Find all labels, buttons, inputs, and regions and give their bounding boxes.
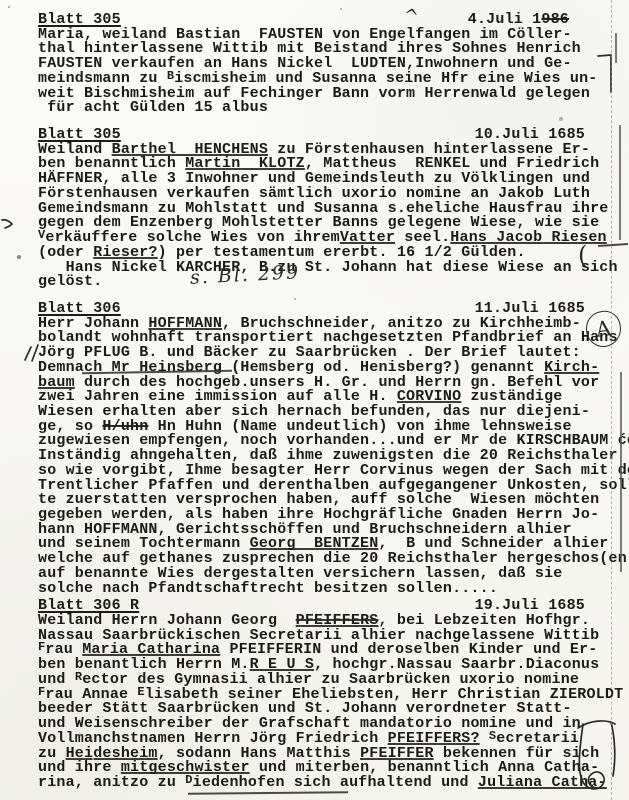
text-line: rina, anitzo zu Diedenhofen sich aufhalt… (38, 776, 629, 791)
register-entry-blatt-306r: Blatt 306 R 19.Juli 1685 Weiland Herrn J… (38, 599, 629, 790)
text-segment: solche nach Pfandtschaftrecht besitzen s… (38, 580, 498, 597)
blatt-number: Blatt 306 R (38, 597, 139, 614)
text-segment: rina, anitzo zu (38, 774, 185, 791)
text-segment: F (38, 685, 45, 699)
handwritten-paren-mark: ( (578, 248, 588, 263)
entry-text: Herr Johann HOFFMANN, Bruchschneider, an… (38, 317, 629, 597)
blatt-number: Blatt 305 (38, 11, 121, 28)
entry-text: Weiland Herrn Johann Georg PFEIFFERS, be… (38, 614, 629, 791)
entry-date: 19.Juli 1685 (475, 599, 585, 614)
entry-header: Blatt 305 4.Juli 1986 (38, 13, 629, 28)
entry-header: Blatt 306 11.Juli 1685 (38, 302, 629, 317)
entry-date: 4.Juli 1986 (468, 13, 569, 28)
handwritten-caret-mark: ^ (402, 9, 420, 27)
text-line: gelöst. (38, 275, 629, 290)
text-line: Hans Nickel KARCHER, B.zu St. Johann hat… (38, 261, 629, 276)
text-segment: 11.Juli 1685 (475, 300, 585, 317)
text-segment: 10.Juli 1685 (475, 126, 585, 143)
entry-text: Weiland Barthel HENCHENS zu Förstenhause… (38, 143, 629, 290)
text-segment: D (185, 773, 192, 787)
text-line: für acht Gülden 15 albus (38, 101, 629, 116)
handwritten-arrow-mark (1, 216, 15, 230)
text-segment: F (38, 640, 45, 654)
margin-stroke (619, 125, 621, 240)
margin-stroke (615, 33, 617, 63)
text-segment: Hans Nickel KARCHER, B.zu St. Johann hat… (38, 259, 618, 276)
text-segment: V (38, 228, 45, 242)
handwritten-margin-note: s. Bl. 299 (190, 265, 301, 285)
entry-text: Maria, weiland Bastian FAUSTEN von Engel… (38, 28, 629, 116)
text-segment: E (137, 685, 144, 699)
text-segment: gelöst. (38, 273, 102, 290)
entry-date: 10.Juli 1685 (475, 128, 585, 143)
text-segment: 4.Juli 1 (468, 11, 542, 28)
circled-letter-text: A (595, 321, 612, 338)
text-segment: R (75, 670, 82, 684)
entry-header: Blatt 305 10.Juli 1685 (38, 128, 629, 143)
text-segment: S (489, 729, 496, 743)
register-entry-blatt-305-b: Blatt 305 10.Juli 1685 Weiland Barthel H… (38, 128, 629, 290)
pencil-underline-bottom (188, 791, 348, 794)
blatt-number: Blatt 305 (38, 126, 121, 143)
register-entry-blatt-306: Blatt 306 11.Juli 1685 Herr Johann HOFFM… (38, 302, 629, 596)
handwritten-loop-mark (570, 716, 625, 798)
text-line: solche nach Pfandtschaftrecht besitzen s… (38, 582, 629, 597)
text-segment: iedenhofen sich aufhaltend und (193, 774, 478, 791)
entry-date: 11.Juli 1685 (475, 302, 585, 317)
blatt-number: Blatt 306 (38, 300, 121, 317)
text-segment: für acht Gülden 15 albus (38, 99, 268, 116)
margin-stroke (620, 372, 622, 572)
entry-header: Blatt 306 R 19.Juli 1685 (38, 599, 629, 614)
text-segment: B (167, 69, 174, 83)
text-segment: 986 (541, 11, 569, 28)
scan-specks (8, 6, 10, 8)
handwritten-slash-marks (24, 344, 40, 362)
register-entry-blatt-305-a: Blatt 305 4.Juli 1986 Maria, weiland Bas… (38, 13, 629, 116)
scanned-register-page: Blatt 305 4.Juli 1986 Maria, weiland Bas… (0, 0, 629, 800)
text-segment: 19.Juli 1685 (475, 597, 585, 614)
right-fold-line (611, 0, 612, 800)
